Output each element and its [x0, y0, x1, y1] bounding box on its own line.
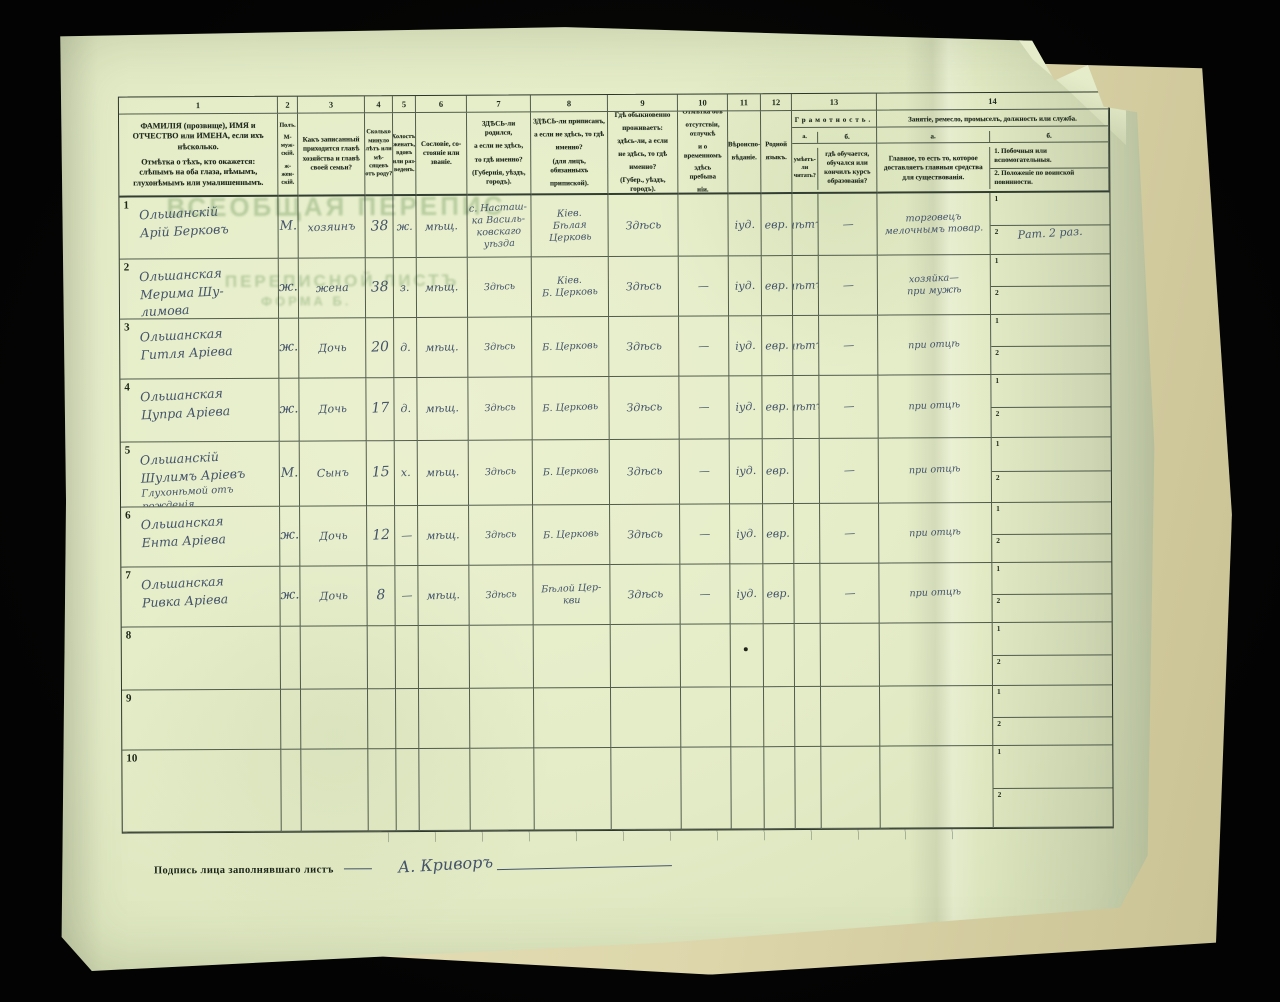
- cell-religion: іуд.: [730, 504, 763, 564]
- cell-occupation-main: при отцѣ: [878, 375, 991, 439]
- column-number: 13: [792, 94, 877, 111]
- column-header: Сословіе, со­стояніе или зва­ніе.: [416, 113, 467, 196]
- cell-estate: мѣщ.: [417, 378, 468, 441]
- cell-literacy: [795, 747, 821, 829]
- cell-birthplace: Здѣсь: [469, 565, 533, 625]
- cell-literacy: [794, 564, 820, 624]
- cell-education: [821, 747, 880, 829]
- cell-absence: [681, 624, 731, 687]
- cell-relation: хозяинъ: [298, 196, 365, 258]
- cell-estate: мѣщ.: [416, 196, 467, 258]
- cell-surname: 3ОльшанскаяГитля Аріева: [120, 319, 279, 380]
- cell-estate: [419, 626, 470, 689]
- column-number: 4: [365, 96, 393, 113]
- cell-sex: ж.: [280, 567, 300, 627]
- cell-residence: Здѣсь: [609, 257, 679, 317]
- cell-absence: —: [679, 376, 729, 439]
- cell-relation: Сынъ: [300, 441, 367, 506]
- cell-age: [368, 626, 396, 689]
- cell-marital: д.: [394, 318, 417, 378]
- cell-religion: [731, 687, 764, 747]
- cell-sex: [281, 690, 301, 750]
- cell-relation: Дочь: [300, 506, 367, 566]
- cell-language: евр.: [761, 194, 792, 256]
- cell-education: —: [819, 316, 878, 376]
- cell-estate: мѣщ.: [417, 318, 468, 378]
- cell-residence: Здѣсь: [610, 565, 680, 625]
- cell-birthplace: Здѣсь: [468, 257, 532, 317]
- signature-label: Подпись лица заполнявшаго листъ: [154, 864, 334, 876]
- cell-registration: [534, 748, 611, 830]
- cell-residence: Здѣсь: [609, 377, 679, 440]
- column-header-literacy: Грамотность. а.б. умѣетъ-ли читать?гдѣ о…: [792, 111, 877, 194]
- cell-registration: [534, 688, 611, 748]
- cell-residence: Здѣсь: [609, 317, 679, 377]
- cell-education: —: [820, 504, 879, 564]
- cell-birthplace: [470, 748, 534, 830]
- column-number: 11: [728, 94, 761, 111]
- cell-age: [368, 749, 396, 831]
- cell-language: евр.: [763, 564, 794, 624]
- cell-birthplace: с. Насташ-ка Василь-ковскагоуѣзда: [467, 195, 531, 257]
- column-number: 1: [119, 97, 278, 115]
- cell-religion: [731, 624, 764, 687]
- cell-birthplace: Здѣсь: [468, 377, 532, 440]
- cell-literacy: [795, 624, 821, 687]
- column-number: 5: [393, 96, 416, 113]
- column-number: 9: [608, 95, 678, 112]
- cell-age: 12: [367, 506, 395, 566]
- cell-religion: іуд.: [730, 439, 763, 504]
- cell-language: евр.: [762, 376, 793, 439]
- cell-sex: [281, 627, 301, 690]
- column-header: Вѣроиспо-вѣданіе.: [728, 111, 761, 194]
- cell-estate: [419, 689, 470, 749]
- cell-marital: [396, 689, 419, 749]
- cell-registration: Б. Церковь: [533, 440, 610, 505]
- cell-absence: [678, 194, 728, 256]
- column-header: Сколько минуло лѣтъ или мѣ­сяцевъ отъ ро…: [365, 113, 393, 196]
- cell-marital: д.: [394, 378, 417, 441]
- cell-surname: 1ОльшанскійАрій Берковъ: [119, 197, 278, 260]
- signature-line: [497, 865, 672, 870]
- column-header: ФАМИЛІЯ (прозвище), ИМЯ и ОТЧЕСТВО или И…: [119, 114, 278, 198]
- cell-language: евр.: [763, 504, 794, 564]
- cell-surname: 10: [122, 750, 281, 833]
- column-tick-marks: [388, 828, 968, 842]
- cell-residence: [611, 688, 681, 748]
- cell-residence: Здѣсь: [610, 440, 680, 505]
- cell-sex: М.: [280, 442, 300, 507]
- census-page: ВСЕОБЩАЯ ПЕРЕПИСПЕРЕПИСНОЙ ЛИСТЪФОРМА Б.…: [54, 21, 1171, 975]
- cell-estate: [419, 749, 470, 831]
- cell-education: —: [818, 194, 877, 256]
- cell-relation: [301, 689, 368, 749]
- cell-language: [764, 747, 795, 829]
- cell-absence: [681, 747, 731, 829]
- column-number: 3: [298, 96, 365, 113]
- cell-sex: М.: [278, 197, 298, 259]
- ink-dot: [744, 647, 748, 651]
- cell-residence: Здѣсь: [608, 195, 678, 257]
- column-header: Какъ записанный приходится главѣ хозяй­с…: [298, 113, 365, 196]
- cell-birthplace: [470, 625, 534, 688]
- column-number: 6: [416, 96, 467, 113]
- cell-absence: —: [679, 256, 729, 316]
- cell-birthplace: [470, 688, 534, 748]
- column-header: ЗДѢСЬ-ли приписанъ,а если не здѣсь, то г…: [531, 112, 608, 195]
- cell-literacy: нѣтъ: [792, 194, 818, 256]
- column-number: 7: [467, 95, 531, 112]
- signature-lead-line: [344, 868, 372, 869]
- cell-registration: Б. Церковь: [532, 377, 609, 440]
- cell-birthplace: Здѣсь: [469, 440, 533, 505]
- cell-marital: з.: [394, 258, 417, 318]
- cell-relation: [301, 749, 368, 831]
- cell-surname: 8: [122, 627, 281, 691]
- cell-language: [764, 687, 795, 747]
- cell-occupation-side: 1 2: [992, 562, 1111, 623]
- cell-age: 20: [366, 318, 394, 378]
- cell-education: —: [820, 564, 879, 624]
- scan-background: ВСЕОБЩАЯ ПЕРЕПИСПЕРЕПИСНОЙ ЛИСТЪФОРМА Б.…: [0, 0, 1280, 1002]
- cell-surname: 9: [122, 690, 281, 751]
- cell-marital: [396, 749, 419, 831]
- cell-occupation-main: [880, 686, 993, 747]
- cell-occupation-main: при отцѣ: [878, 315, 991, 376]
- column-number: 8: [531, 95, 608, 112]
- cell-surname: 4ОльшанскаяЦупра Аріева: [120, 379, 279, 443]
- cell-sex: ж.: [279, 259, 299, 319]
- cell-occupation-side: 1 2: [991, 254, 1110, 315]
- cell-relation: Дочь: [299, 378, 366, 441]
- cell-age: 15: [367, 441, 395, 506]
- cell-religion: іуд.: [730, 564, 763, 624]
- cell-marital: [396, 626, 419, 689]
- cell-surname: 6ОльшанскаяЕнта Аріева: [121, 507, 280, 568]
- cell-language: [764, 624, 795, 687]
- cell-occupation-main: торговецъмелочнымъ товар.: [877, 193, 990, 256]
- cell-occupation-side: 1 2: [993, 622, 1112, 686]
- column-number: 12: [761, 94, 792, 111]
- cell-occupation-main: при отцѣ: [879, 563, 992, 624]
- cell-occupation-side: 1 2: [991, 374, 1110, 438]
- cell-language: евр.: [762, 256, 793, 316]
- cell-sex: ж.: [280, 507, 300, 567]
- cell-literacy: нѣтъ: [793, 316, 819, 376]
- cell-estate: мѣщ.: [418, 506, 469, 566]
- cell-occupation-main: [880, 746, 993, 829]
- cell-literacy: нѣтъ: [793, 256, 819, 316]
- cell-estate: мѣщ.: [418, 441, 469, 506]
- cell-marital: ж.: [393, 196, 416, 258]
- column-header: Холостъ, женатъ, вдовъ или раз­веденъ.: [393, 113, 416, 196]
- cell-absence: —: [680, 564, 730, 624]
- cell-age: 38: [365, 196, 393, 258]
- cell-relation: Дочь: [300, 566, 367, 626]
- cell-birthplace: Здѣсь: [469, 505, 533, 565]
- signature-row: Подпись лица заполнявшаго листъ А. Криво…: [154, 856, 672, 878]
- cell-marital: х.: [395, 441, 418, 506]
- cell-relation: жена: [299, 258, 366, 318]
- cell-registration: Кіев.БѣлаяЦерковь: [531, 195, 608, 257]
- cell-language: евр.: [763, 439, 794, 504]
- cell-education: [821, 624, 880, 687]
- cell-surname: 5ОльшанскійШулимъ АріевъГлухонѣмой отъро…: [121, 442, 280, 508]
- column-header: Роднойязыкъ.: [761, 111, 792, 194]
- cell-registration: Б. Церковь: [533, 505, 610, 565]
- cell-relation: Дочь: [299, 318, 366, 378]
- cell-religion: іуд.: [729, 316, 762, 376]
- cell-occupation-side: 1 2: [992, 437, 1111, 503]
- cell-surname: 7ОльшанскаяРивка Аріева: [121, 567, 280, 628]
- cell-occupation-main: хозяйка—при мужѣ: [878, 255, 991, 316]
- cell-language: евр.: [762, 316, 793, 376]
- cell-birthplace: Здѣсь: [468, 317, 532, 377]
- cell-sex: ж.: [279, 379, 299, 442]
- cell-relation: [301, 626, 368, 689]
- cell-religion: [731, 747, 764, 829]
- column-header-occupation: Занятіе, ремесло, промыселъ, должность и…: [877, 109, 1109, 193]
- cell-literacy: [794, 439, 820, 504]
- cell-occupation-side: 1 2: [992, 502, 1111, 563]
- cell-religion: іуд.: [728, 194, 761, 256]
- cell-registration: Бѣлой Цер-кви: [533, 565, 610, 625]
- column-header: Полъ.М-муж­скій.ж-жен­скій.: [278, 114, 298, 197]
- cell-occupation-main: при отцѣ: [879, 438, 992, 504]
- cell-religion: іуд.: [729, 256, 762, 316]
- cell-occupation-side: 1 2: [993, 685, 1112, 746]
- column-header: Отмѣтка объотсутствіи, отлучкѣи о времен…: [678, 111, 728, 194]
- cell-literacy: нѣтъ: [793, 376, 819, 439]
- cell-estate: мѣщ.: [418, 566, 469, 626]
- cell-education: —: [819, 376, 878, 439]
- cell-absence: —: [679, 316, 729, 376]
- cell-marital: —: [395, 506, 418, 566]
- cell-surname: 2ОльшанскаяМерима Шу-лимова: [120, 259, 279, 320]
- column-number: 2: [278, 97, 298, 114]
- cell-residence: [611, 625, 681, 688]
- column-number: 14: [877, 92, 1109, 110]
- cell-absence: [681, 687, 731, 747]
- cell-occupation-side: 1 2Рат. 2 раз.: [990, 192, 1109, 255]
- cell-registration: Б. Церковь: [532, 317, 609, 377]
- cell-age: 38: [366, 258, 394, 318]
- cell-literacy: [794, 504, 820, 564]
- census-table: 1234567891011121314ФАМИЛІЯ (прозвище), И…: [118, 91, 1114, 833]
- cell-marital: —: [395, 566, 418, 626]
- cell-age: 8: [367, 566, 395, 626]
- signature: А. Криворъ: [397, 852, 493, 876]
- cell-religion: іуд.: [729, 376, 762, 439]
- cell-occupation-side: 1 2: [993, 745, 1112, 828]
- cell-education: —: [819, 256, 878, 316]
- cell-age: [368, 689, 396, 749]
- cell-sex: [281, 750, 301, 832]
- cell-residence: Здѣсь: [610, 505, 680, 565]
- cell-literacy: [795, 687, 821, 747]
- cell-registration: [534, 625, 611, 688]
- cell-absence: —: [680, 504, 730, 564]
- column-header: ЗДѢСЬ-ли родился,а если не здѣсь,то гдѣ …: [467, 112, 531, 195]
- cell-residence: [611, 748, 681, 830]
- cell-sex: ж.: [279, 319, 299, 379]
- cell-age: 17: [366, 378, 394, 441]
- cell-registration: Кіев.Б. Церковь: [532, 257, 609, 317]
- cell-absence: —: [680, 439, 730, 504]
- cell-education: —: [820, 439, 879, 504]
- cell-occupation-main: при отцѣ: [879, 503, 992, 564]
- cell-estate: мѣщ.: [417, 258, 468, 318]
- cell-occupation-side: 1 2: [991, 314, 1110, 375]
- column-header: Гдѣ обыкновеннопроживаетъ:здѣсь-ли, а ес…: [608, 112, 678, 195]
- cell-education: [821, 687, 880, 747]
- column-number: 10: [678, 94, 728, 111]
- cell-occupation-main: [880, 623, 993, 687]
